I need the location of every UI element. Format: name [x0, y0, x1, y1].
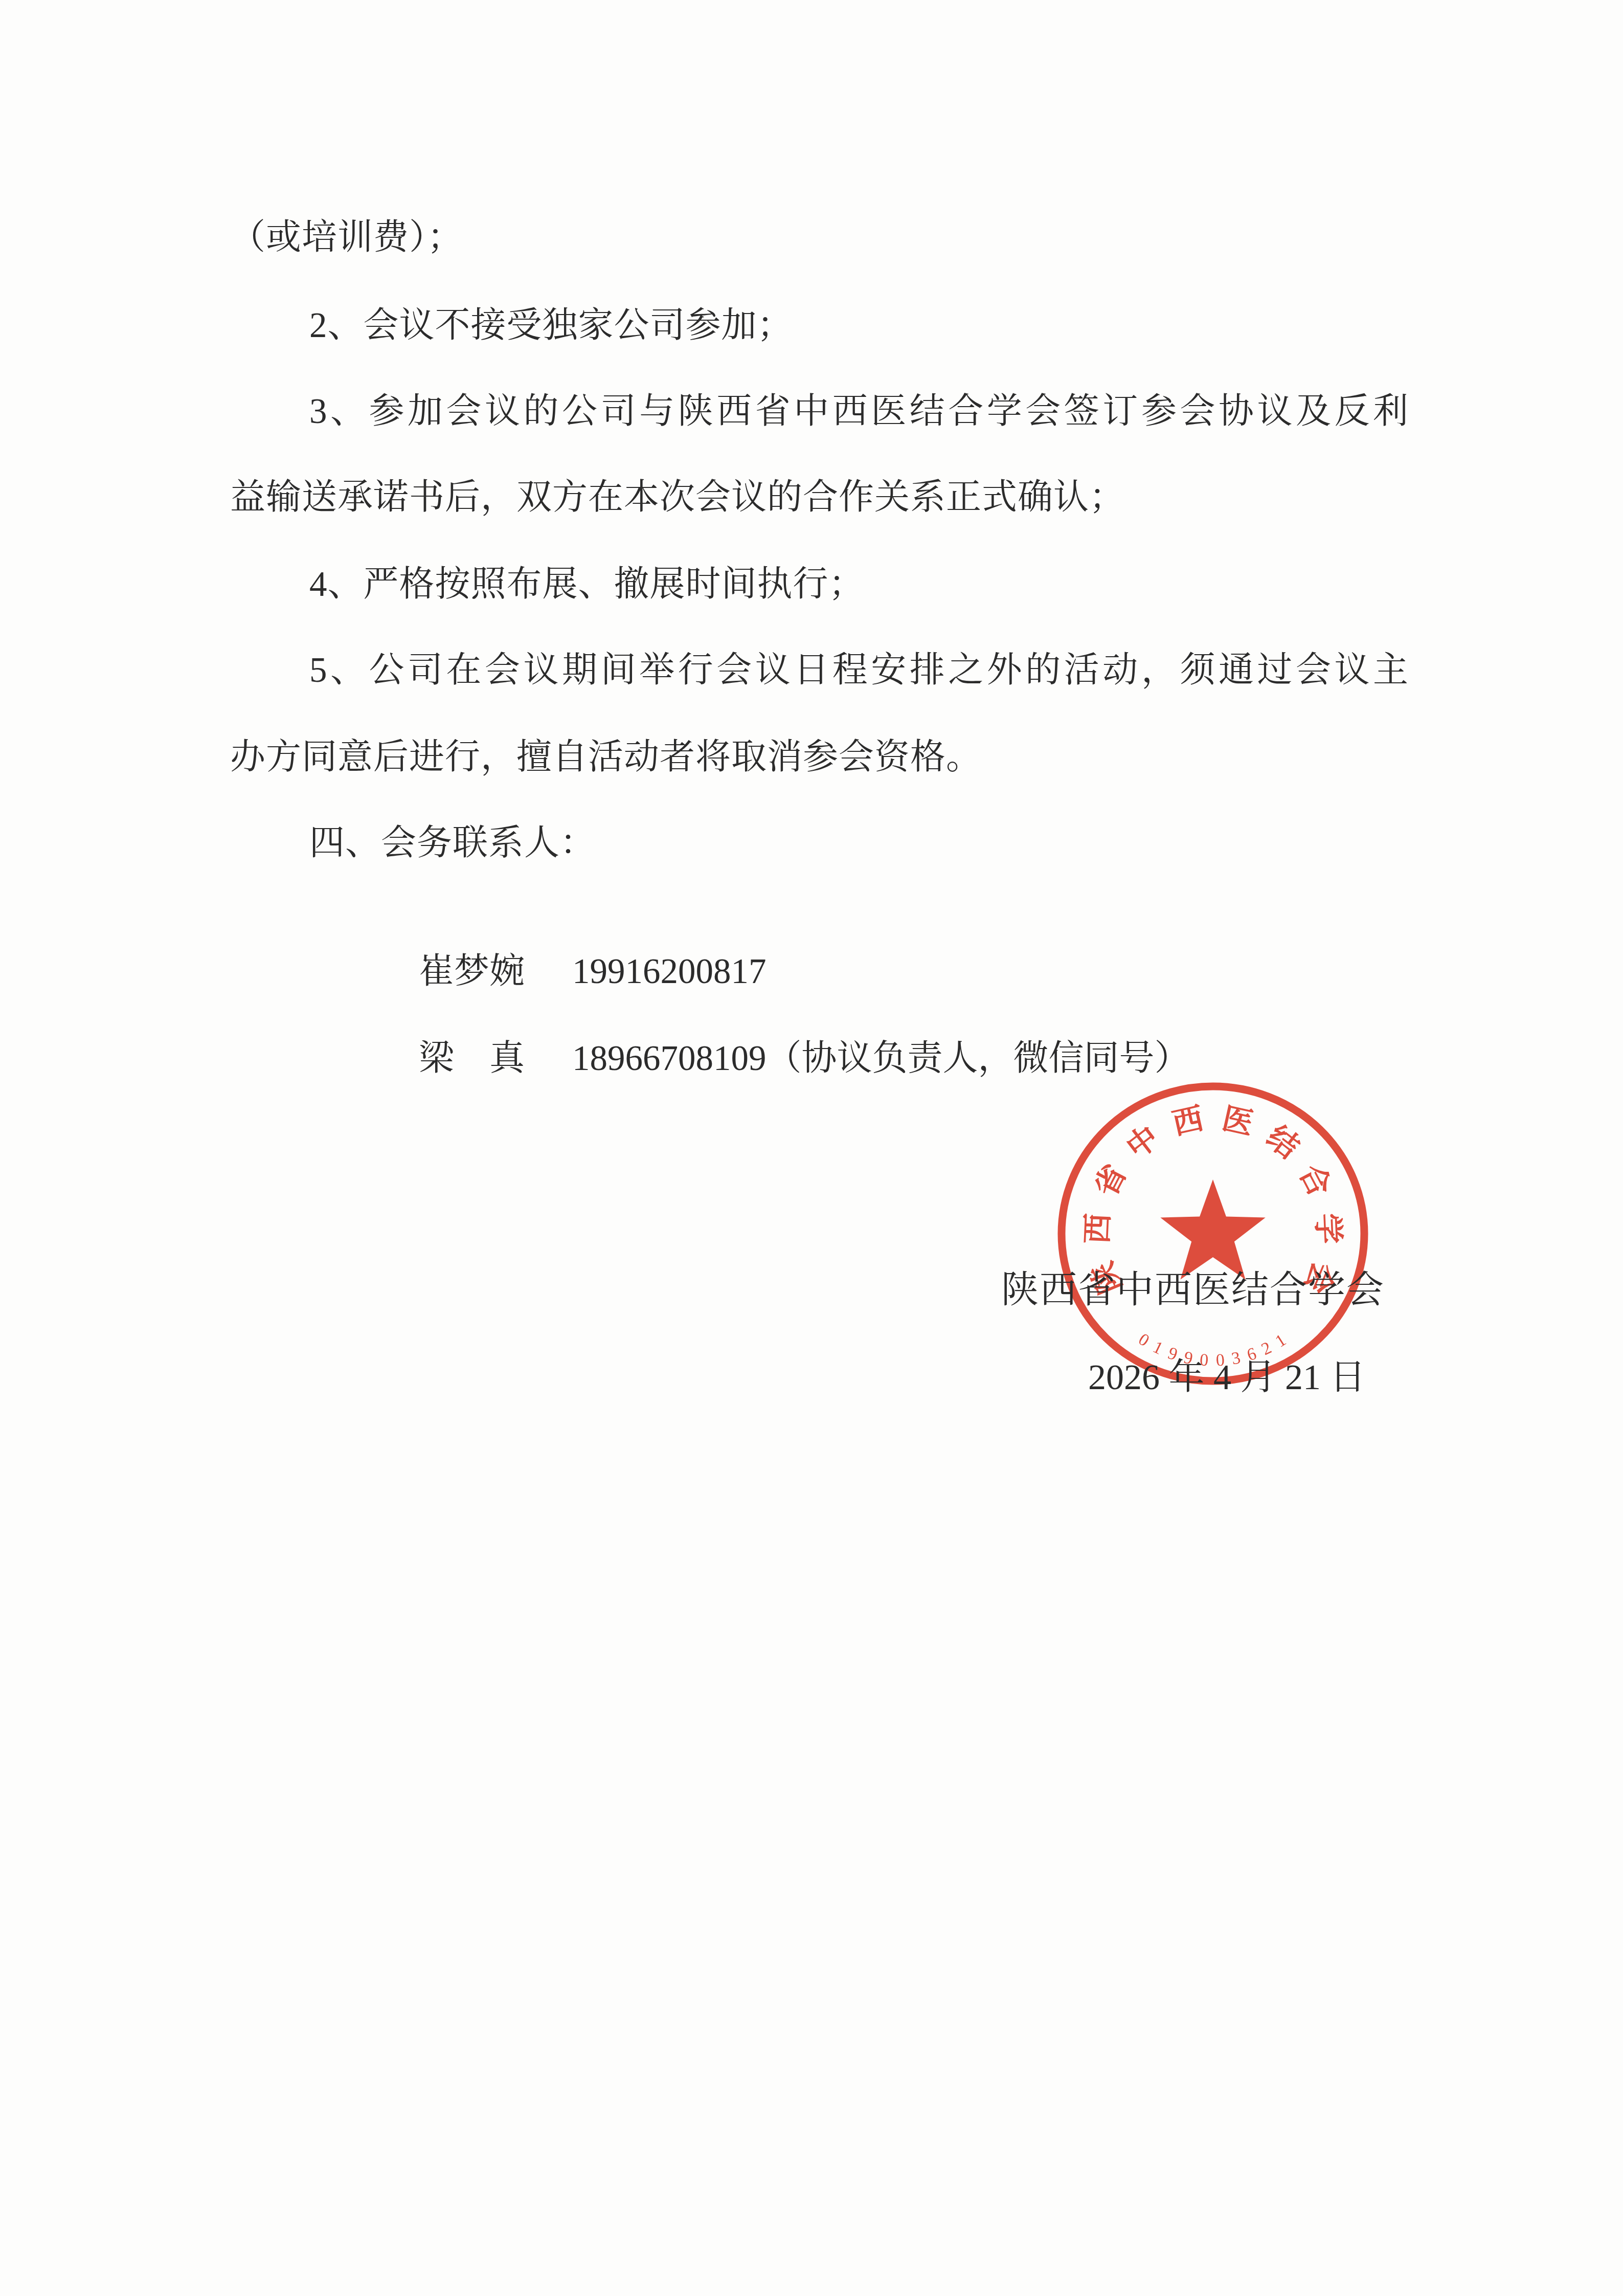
- section-heading-contacts: 四、会务联系人：: [309, 822, 596, 864]
- seal-ring-char: 西: [1169, 1102, 1207, 1141]
- contact-phone: 18966708109: [572, 1039, 767, 1078]
- seal-ring-char: 合: [1293, 1159, 1337, 1202]
- seal-ring-char: 学: [1311, 1213, 1346, 1245]
- signature-date: 2026 年 4 月 21 日: [1088, 1348, 1366, 1400]
- contact-name: 崔梦婉: [419, 952, 525, 991]
- seal-code-digit: 0: [1135, 1330, 1153, 1350]
- paragraph-line: 4、严格按照布展、撤展时间执行；: [309, 564, 865, 605]
- seal-ring-char: 西: [1080, 1213, 1116, 1245]
- seal-ring-char: 结: [1260, 1120, 1305, 1165]
- seal-ring-char: 中: [1120, 1120, 1165, 1165]
- contact-note: （协议负责人，微信同号）: [767, 1039, 1190, 1078]
- seal-ring-char: 省: [1089, 1159, 1133, 1202]
- paragraph-line: 办方同意后进行，擅自活动者将取消参会资格。: [230, 737, 982, 778]
- seal-ring-char: 医: [1219, 1102, 1256, 1141]
- official-seal: 陕 西 省 中 西 医 结 合 学 会 0 1 9 9 0 0 3 6 2: [1054, 1080, 1371, 1387]
- signature-org: 陕西省中西医结合学会: [1001, 1259, 1385, 1313]
- contact-name: 梁 真: [419, 1039, 525, 1078]
- official-seal-graphic: 陕 西 省 中 西 医 结 合 学 会 0 1 9 9 0 0 3 6 2: [1054, 1080, 1371, 1387]
- paragraph-line: （或培训费）；: [230, 217, 463, 258]
- paragraph-line: 3、参加会议的公司与陕西省中西医结合学会签订参会协议及反利: [309, 391, 1409, 432]
- paragraph-line: 益输送承诺书后，双方在本次会议的合作关系正式确认；: [230, 477, 1125, 518]
- paragraph-line: 2、会议不接受独家公司参加；: [309, 305, 793, 346]
- page: （或培训费）； 2、会议不接受独家公司参加； 3、参加会议的公司与陕西省中西医结…: [0, 0, 1623, 2296]
- paragraph-line: 5、公司在会议期间举行会议日程安排之外的活动，须通过会议主: [309, 650, 1409, 691]
- contact-phone: 19916200817: [572, 952, 767, 991]
